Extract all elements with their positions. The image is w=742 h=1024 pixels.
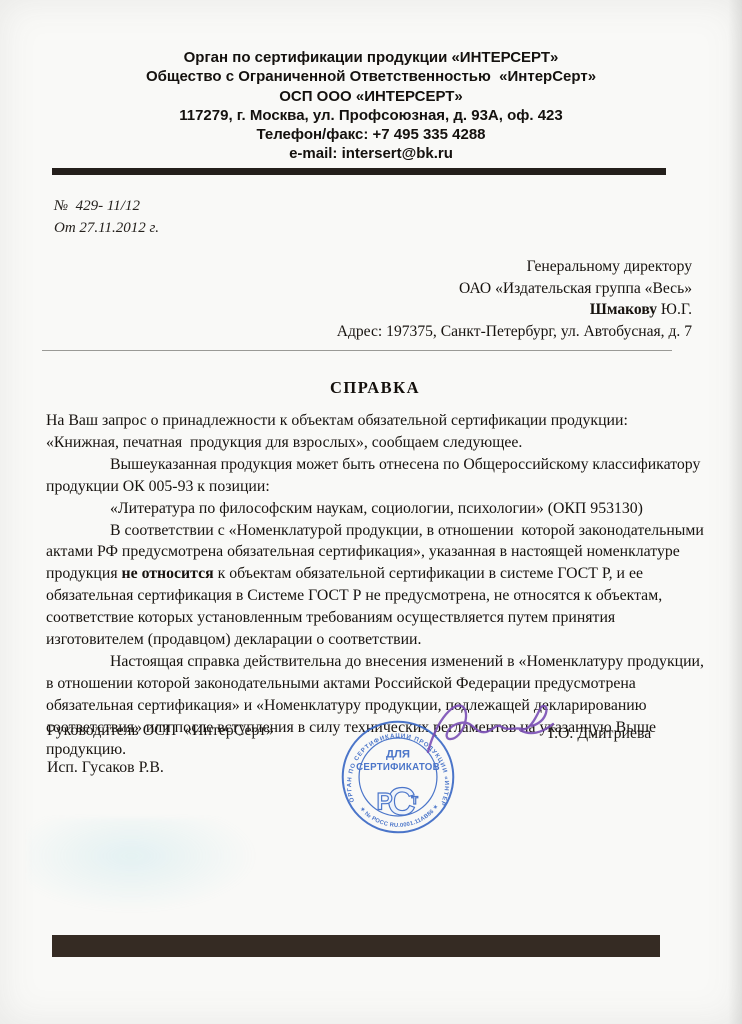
executor-name: Исп. Гусаков Р.В. bbox=[47, 759, 164, 777]
svg-text:Р: Р bbox=[377, 789, 393, 816]
addressee-surname: Шмакову bbox=[590, 301, 657, 318]
paragraph-nomenclature: В соответствии с «Номенклатурой продукци… bbox=[46, 520, 704, 651]
document-body: На Ваш запрос о принадлежности к объекта… bbox=[46, 410, 704, 761]
letterhead-org-line: Орган по сертификации продукции «ИНТЕРСЕ… bbox=[0, 48, 742, 67]
reference-date: От 27.11.2012 г. bbox=[54, 217, 159, 239]
document-title: СПРАВКА bbox=[46, 378, 704, 398]
signer-name: Т.О. Дмитриева bbox=[546, 725, 651, 743]
stamp-center-line1: ДЛЯ bbox=[386, 749, 410, 761]
addressee-address: Адрес: 197375, Санкт-Петербург, ул. Авто… bbox=[132, 321, 692, 343]
header-divider-bar bbox=[52, 168, 666, 175]
stamp-center-line2: СЕРТИФИКАТОВ bbox=[356, 762, 440, 773]
paragraph-okp-position: «Литература по философским наукам, социо… bbox=[46, 498, 704, 520]
scan-smudge-artifact bbox=[28, 818, 258, 913]
letterhead-phone-line: Телефон/факс: +7 495 335 4288 bbox=[0, 125, 742, 144]
letterhead-email-line: e-mail: intersert@bk.ru bbox=[0, 144, 742, 163]
letterhead-company-line: Общество с Ограниченной Ответственностью… bbox=[0, 67, 742, 86]
footer-bar bbox=[52, 935, 660, 957]
letterhead-osp-line: ОСП ООО «ИНТЕРСЕРТ» bbox=[0, 87, 742, 106]
rst-logo-icon: С Р т bbox=[377, 780, 419, 824]
not-subject-bold-phrase: не относится bbox=[122, 565, 214, 582]
paragraph-request: На Ваш запрос о принадлежности к объекта… bbox=[46, 410, 704, 454]
reference-block: № 429- 11/12 От 27.11.2012 г. bbox=[54, 195, 159, 239]
paragraph-classifier: Вышеуказанная продукция может быть отнес… bbox=[46, 454, 704, 498]
letterhead-address-line: 117279, г. Москва, ул. Профсоюзная, д. 9… bbox=[0, 106, 742, 125]
addressee-position: Генеральному директору bbox=[132, 256, 692, 278]
svg-text:т: т bbox=[411, 792, 418, 808]
addressee-person: Шмакову Ю.Г. bbox=[132, 299, 692, 321]
signer-role: Руководитель ОСП «ИнтерСерт» bbox=[47, 722, 274, 740]
reference-number: № 429- 11/12 bbox=[54, 195, 159, 217]
letterhead: Орган по сертификации продукции «ИНТЕРСЕ… bbox=[0, 48, 742, 164]
addressee-initials: Ю.Г. bbox=[657, 301, 692, 318]
addressee-company: ОАО «Издательская группа «Весь» bbox=[132, 278, 692, 300]
handwritten-signature bbox=[420, 696, 560, 760]
addressee-divider-line bbox=[42, 350, 672, 351]
scanned-letter-page: Орган по сертификации продукции «ИНТЕРСЕ… bbox=[0, 0, 742, 1024]
addressee-block: Генеральному директору ОАО «Издательская… bbox=[132, 256, 692, 342]
